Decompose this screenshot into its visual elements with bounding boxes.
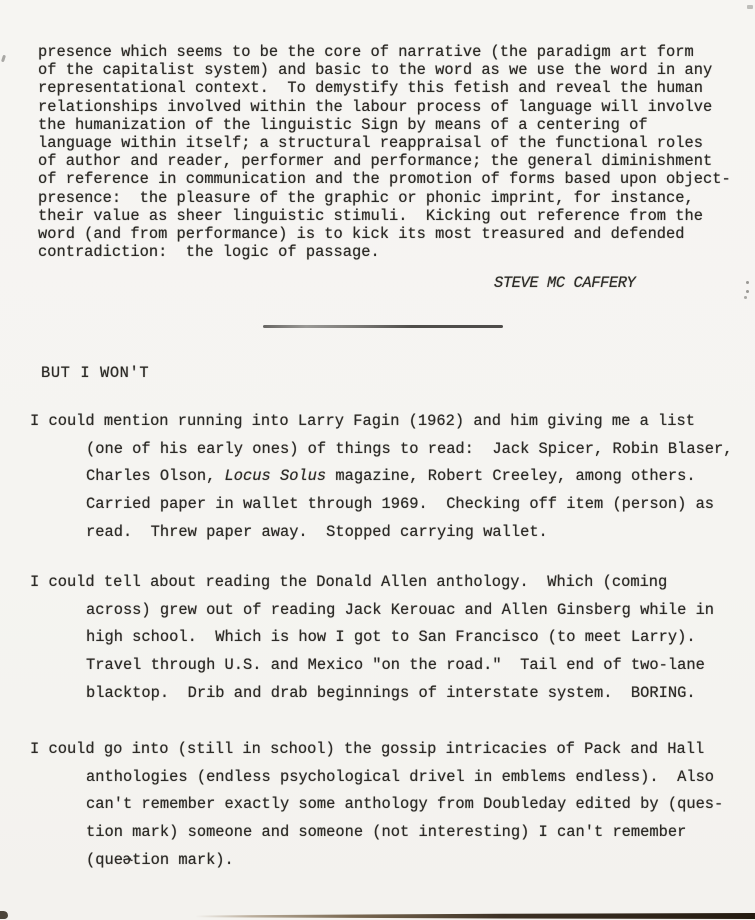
section-heading: BUT I WON'T bbox=[41, 364, 149, 383]
intro-line: of reference in communication and the pr… bbox=[38, 170, 731, 188]
entry-line: Carried paper in wallet through 1969. Ch… bbox=[86, 491, 733, 519]
entry-line: I could tell about reading the Donald Al… bbox=[30, 569, 714, 597]
entry-line: can't remember exactly some anthology fr… bbox=[86, 791, 723, 819]
entry-line: I could mention running into Larry Fagin… bbox=[30, 408, 733, 436]
intro-line: word (and from performance) is to kick i… bbox=[38, 225, 731, 243]
intro-line: presence which seems to be the core of n… bbox=[38, 43, 731, 61]
entry-line: read. Threw paper away. Stopped carrying… bbox=[86, 519, 733, 547]
attribution: STEVE MC CAFFERY bbox=[494, 275, 635, 292]
intro-line: contradiction: the logic of passage. bbox=[38, 243, 731, 261]
entry-2: I could tell about reading the Donald Al… bbox=[30, 569, 714, 708]
entry-line: Travel through U.S. and Mexico "on the r… bbox=[86, 652, 714, 680]
entry-line: tion mark) someone and someone (not inte… bbox=[86, 819, 723, 847]
scan-edge-shadow bbox=[195, 913, 755, 919]
scan-speck bbox=[747, 5, 753, 9]
intro-line: of the capitalist system) and basic to t… bbox=[38, 61, 731, 79]
intro-line: language within itself; a structural rea… bbox=[38, 134, 731, 152]
section-divider-rule bbox=[263, 325, 503, 328]
entry-line: (queɚtion mark). bbox=[86, 847, 723, 875]
entry-line-text: Charles Olson, bbox=[86, 467, 225, 485]
entry-line: anthologies (endless psychological drive… bbox=[86, 764, 723, 792]
intro-line: presence: the pleasure of the graphic or… bbox=[38, 189, 731, 207]
intro-line: representational context. To demystify t… bbox=[38, 79, 731, 97]
scan-speck bbox=[0, 911, 8, 919]
entry-line: Charles Olson, Locus Solus magazine, Rob… bbox=[86, 463, 733, 491]
entry-line: high school. Which is how I got to San F… bbox=[86, 624, 714, 652]
entry-line: blacktop. Drib and drab beginnings of in… bbox=[86, 680, 714, 708]
entry-3: I could go into (still in school) the go… bbox=[30, 736, 723, 875]
intro-line: of author and reader, performer and perf… bbox=[38, 152, 731, 170]
entry-line: I could go into (still in school) the go… bbox=[30, 736, 723, 764]
intro-line: the humanization of the linguistic Sign … bbox=[38, 116, 731, 134]
intro-paragraph: presence which seems to be the core of n… bbox=[38, 43, 731, 261]
scan-speck bbox=[1, 55, 6, 63]
magazine-title-italic: Locus Solus bbox=[225, 467, 327, 485]
scanned-page: presence which seems to be the core of n… bbox=[0, 0, 755, 920]
intro-line: their value as sheer linguistic stimuli.… bbox=[38, 207, 731, 225]
scan-speck bbox=[746, 281, 749, 284]
intro-line: relationships involved within the labour… bbox=[38, 98, 731, 116]
entry-1: I could mention running into Larry Fagin… bbox=[30, 408, 733, 547]
entry-line: across) grew out of reading Jack Kerouac… bbox=[86, 597, 714, 625]
entry-line: (one of his early ones) of things to rea… bbox=[86, 436, 733, 464]
entry-line-text: magazine, Robert Creeley, among others. bbox=[326, 467, 695, 485]
